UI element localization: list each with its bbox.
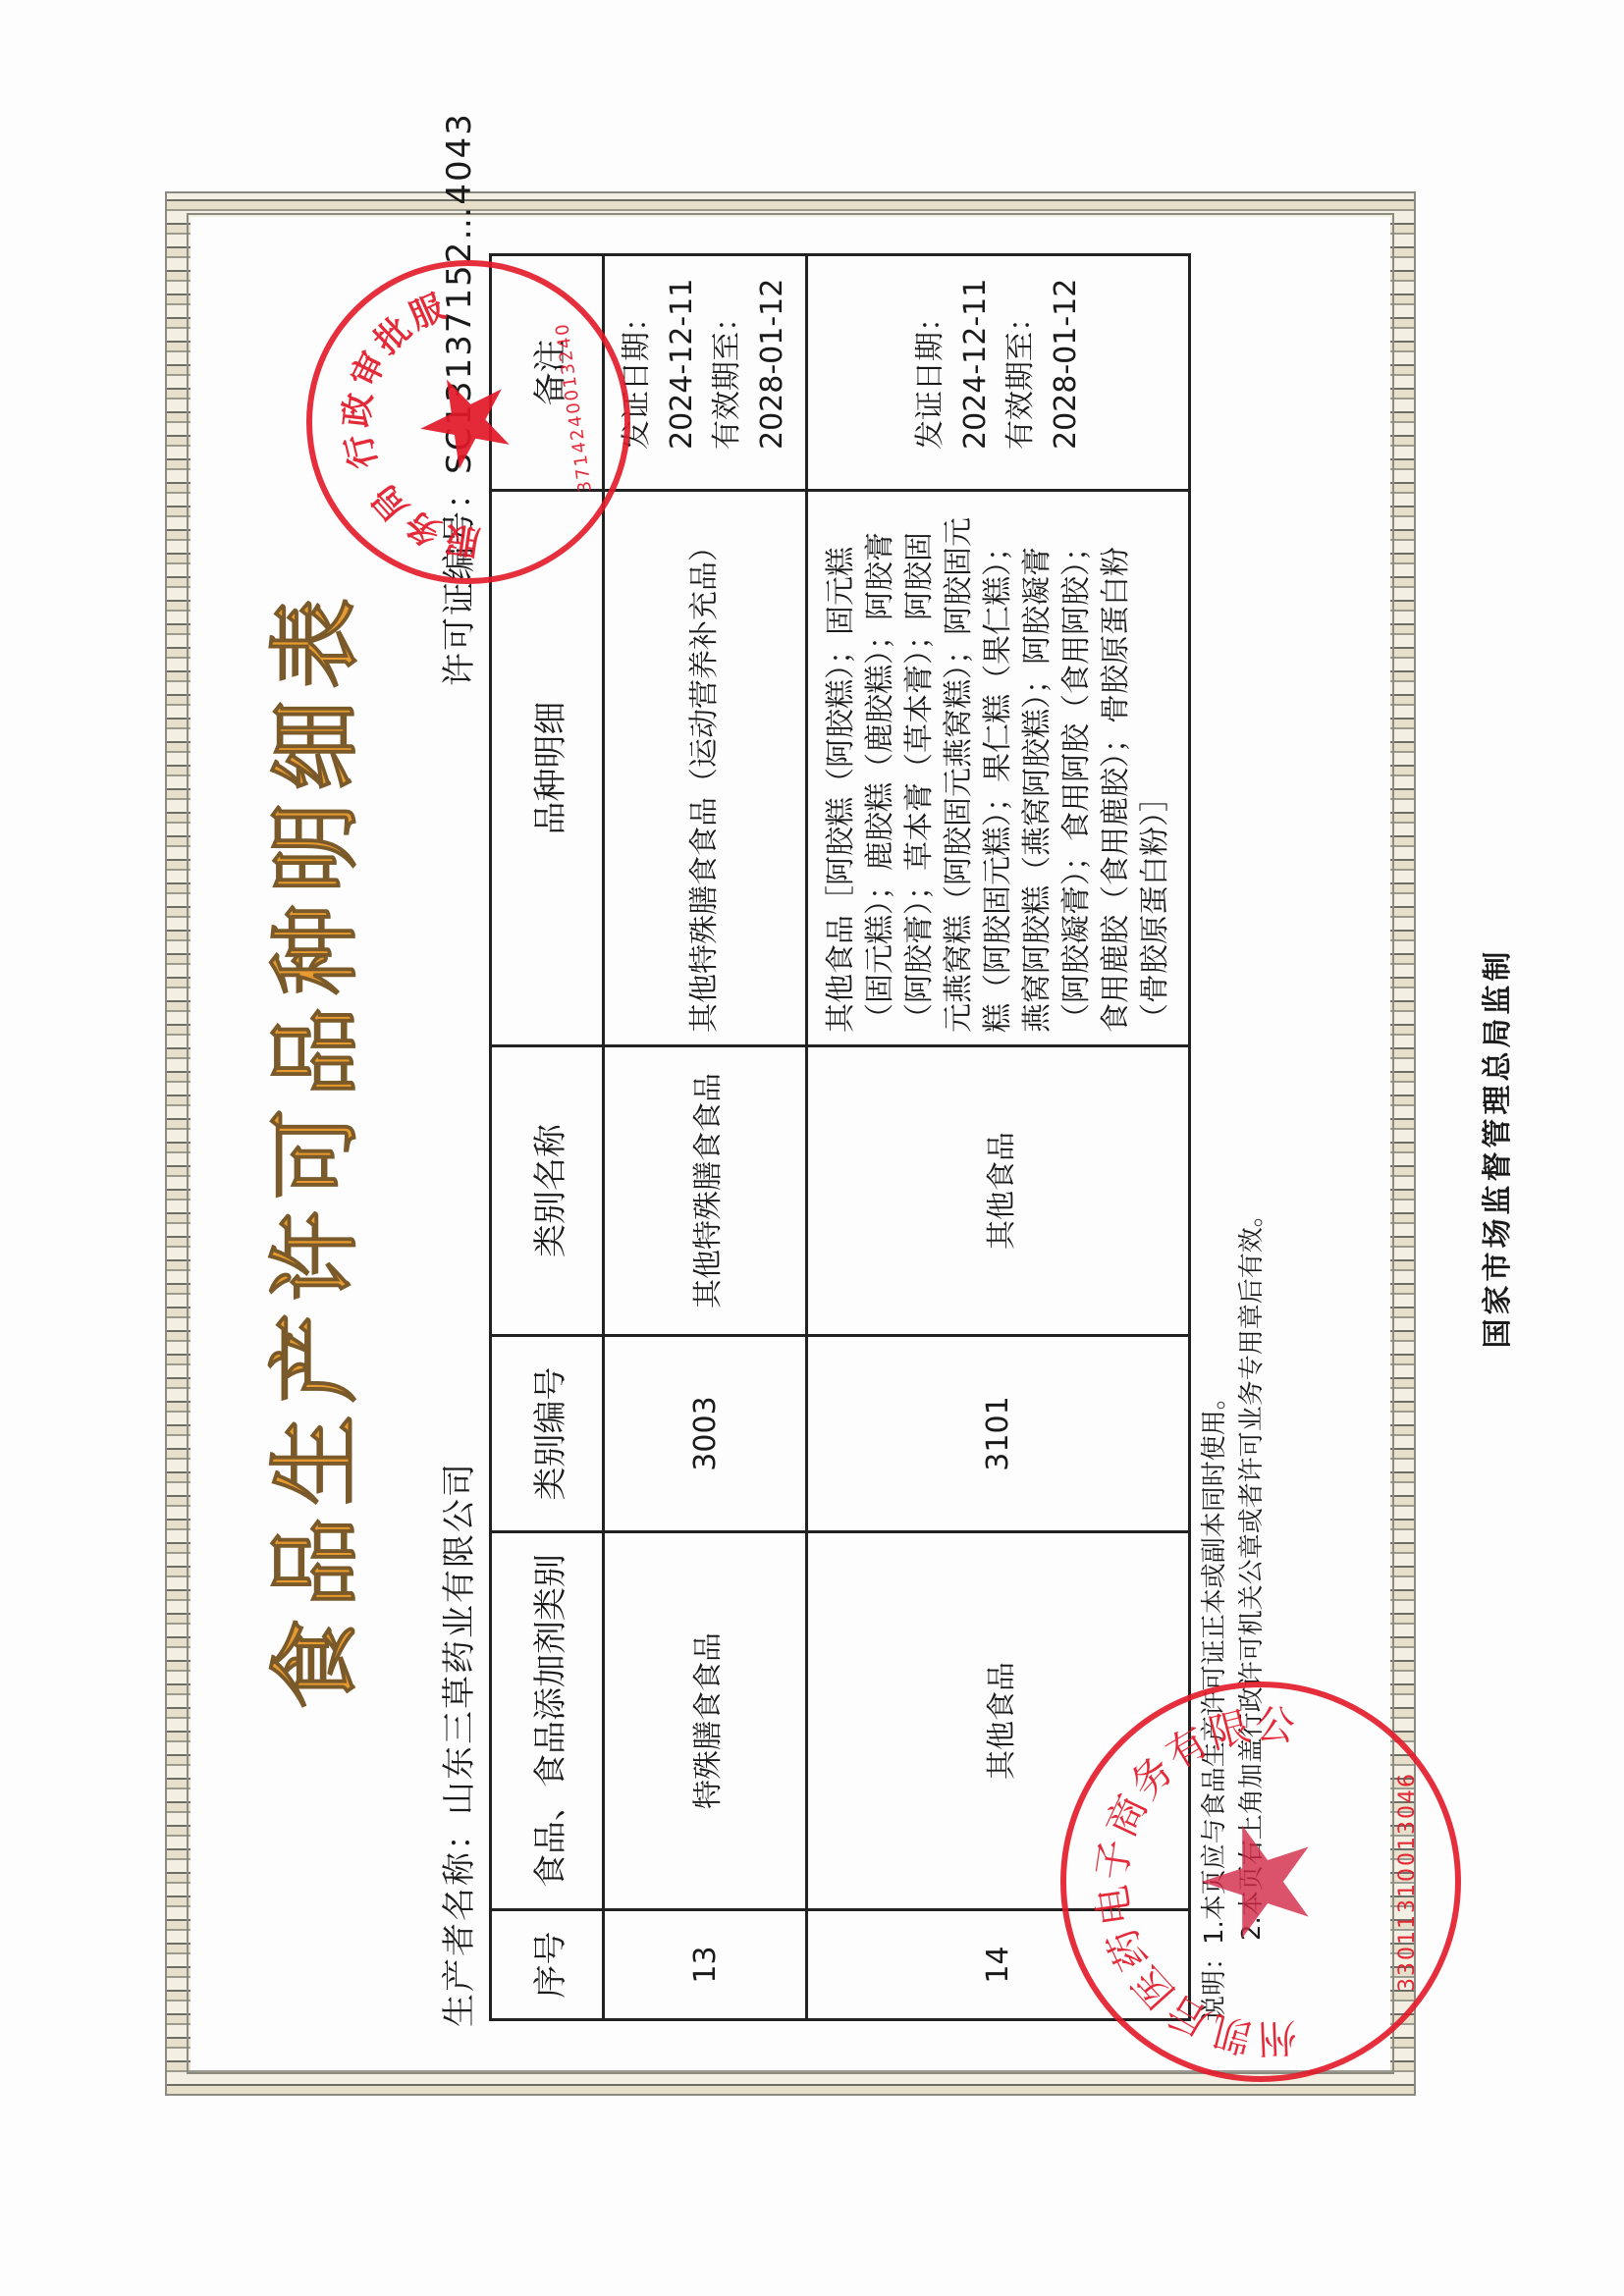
cell-category-name: 其他特殊膳食食品 <box>604 1046 807 1336</box>
issue-date: 2024-12-11 <box>660 268 705 450</box>
header-category: 食品、食品添加剂类别 <box>491 1532 604 1910</box>
cell-seq: 13 <box>604 1910 807 2020</box>
license-page: 食品生产许可品种明细表 生产者名称：山东三草药业有限公司 许可证编号：SC131… <box>0 0 1624 2296</box>
producer-label: 生产者名称： <box>440 1815 479 2027</box>
header-seq: 序号 <box>491 1910 604 2020</box>
producer-name: 山东三草药业有限公司 <box>440 1462 479 1815</box>
issue-date: 2024-12-11 <box>953 268 999 450</box>
cell-varieties: 其他特殊膳食食品（运动营养补充品） <box>604 491 807 1046</box>
producer-line: 生产者名称：山东三草药业有限公司 <box>432 1462 480 2027</box>
cell-category: 特殊膳食食品 <box>604 1532 807 1910</box>
cell-category-name: 其他食品 <box>807 1046 1190 1336</box>
valid-until-label: 有效期至： <box>705 268 750 450</box>
cell-remarks: 发证日期： 2024-12-11 有效期至： 2028-01-12 <box>604 255 807 491</box>
header-code: 类别编号 <box>491 1336 604 1532</box>
cell-remarks: 发证日期： 2024-12-11 有效期至： 2028-01-12 <box>807 255 1190 491</box>
header-category-name: 类别名称 <box>491 1046 604 1336</box>
issue-date-label: 发证日期： <box>908 268 953 450</box>
valid-until-label: 有效期至： <box>999 268 1044 450</box>
issuer-footer: 国家市场监督管理总局监制 <box>1473 0 1516 2296</box>
valid-until-date: 2028-01-12 <box>1044 268 1089 450</box>
star-icon: ★ <box>1184 1816 1331 1948</box>
official-seal-stamp: 市政审批服务局 行政审批服务专用章 ★ 3714240013240 <box>286 240 652 606</box>
seal-code: 33011310013046 <box>1395 1687 1420 2076</box>
company-seal-stamp: 杭州凯后医药电子商务有限公司 ★ 33011310013046 <box>1060 1682 1461 2082</box>
star-icon: ★ <box>401 362 532 483</box>
valid-until-date: 2028-01-12 <box>750 268 795 450</box>
cell-code: 3101 <box>807 1336 1190 1532</box>
cell-varieties: 其他食品［阿胶糕（阿胶糕）；固元糕（固元糕）；鹿胶糕（鹿胶糕）；阿胶膏（阿胶膏）… <box>807 491 1190 1046</box>
cell-code: 3003 <box>604 1336 807 1532</box>
